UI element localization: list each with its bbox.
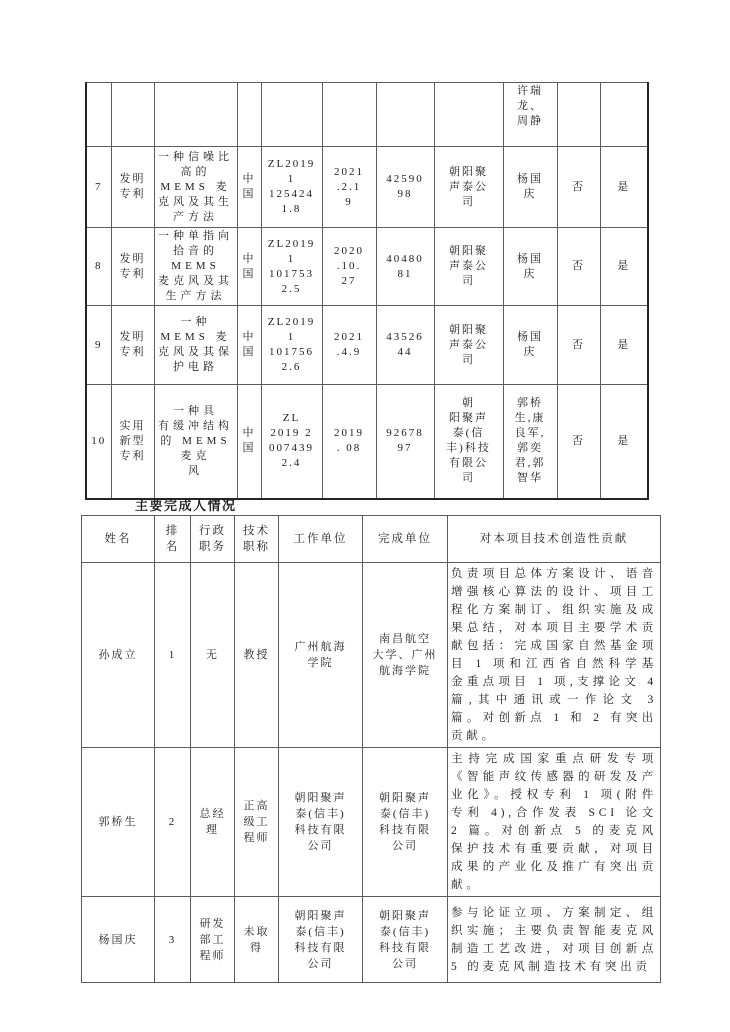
patent-table: 许瑞 龙、 周静 7 发明 专利 一种信噪比 高的 MEMS 麦 克风及其生 产… (85, 82, 649, 500)
contributor-row: 郭桥生 2 总经 理 正高 级工 程师 朝阳聚声 泰(信丰) 科技有限 公司 朝… (82, 748, 661, 897)
cert-no-cell: 43526 44 (376, 306, 434, 385)
admin-post-cell: 无 (191, 563, 235, 748)
patent-no-cell: ZL 2019 2 007439 2.4 (261, 385, 322, 499)
completion-unit-cell: 朝阳聚声 泰(信丰) 科技有限 公司 (363, 897, 448, 983)
owner-cell: 朝阳聚 声泰公 司 (434, 147, 503, 228)
seq-cell: 10 (86, 385, 111, 499)
seq-cell: 7 (86, 147, 111, 228)
patent-row: 9 发明 专利 一种 MEMS 麦 克风及其保 护电路 中 国 ZL2019 1… (86, 306, 648, 385)
country-cell (237, 83, 261, 147)
inventors-cell: 许瑞 龙、 周静 (503, 83, 557, 147)
contributors-table: 姓名 排 名 行政 职务 技术 职称 工作单位 完成单位 对本项目技术创造性贡献… (81, 515, 661, 983)
tech-title-cell: 正高 级工 程师 (235, 748, 279, 897)
flag-cell: 否 (557, 147, 600, 228)
admin-post-cell: 总经 理 (191, 748, 235, 897)
header-completion-unit: 完成单位 (363, 516, 448, 563)
flag-cell: 是 (600, 385, 648, 499)
country-cell: 中 国 (237, 228, 261, 306)
patent-type-cell: 实用 新型 专利 (111, 385, 154, 499)
seq-cell: 9 (86, 306, 111, 385)
contributor-row: 杨国庆 3 研发 部工 程师 未取 得 朝阳聚声 泰(信丰) 科技有限 公司 朝… (82, 897, 661, 983)
tech-title-cell: 未取 得 (235, 897, 279, 983)
patent-type-cell: 发明 专利 (111, 306, 154, 385)
patent-type-cell (111, 83, 154, 147)
rank-cell: 2 (155, 748, 191, 897)
inventors-cell: 郭桥 生,康 良军, 郭奕 君,郭 智华 (503, 385, 557, 499)
grant-date-cell: 2019 . 08 (322, 385, 376, 499)
header-contribution: 对本项目技术创造性贡献 (448, 516, 661, 563)
flag-cell: 否 (557, 385, 600, 499)
flag-cell: 是 (600, 228, 648, 306)
owner-cell: 朝 阳聚声 泰(信 丰)科技 有限公 司 (434, 385, 503, 499)
contributor-row: 孙成立 1 无 教授 广州航海 学院 南昌航空 大学、广州 航海学院 负责项目总… (82, 563, 661, 748)
flag-cell (600, 83, 648, 147)
work-unit-cell: 朝阳聚声 泰(信丰) 科技有限 公司 (279, 897, 363, 983)
patent-row: 10 实用 新型 专利 一种具 有缓冲结构 的 MEMS 麦克 风 中 国 ZL… (86, 385, 648, 499)
contributor-name-cell: 孙成立 (82, 563, 155, 748)
flag-cell: 否 (557, 306, 600, 385)
patent-row: 8 发明 专利 一种单指向 拾音的 MEMS 麦克风及其 生产方法 中 国 ZL… (86, 228, 648, 306)
inventors-cell: 杨国 庆 (503, 147, 557, 228)
patent-name-cell: 一种单指向 拾音的 MEMS 麦克风及其 生产方法 (154, 228, 237, 306)
section-title-main-contributors: 主要完成人情况 (135, 495, 237, 514)
rank-cell: 3 (155, 897, 191, 983)
contributor-name-cell: 杨国庆 (82, 897, 155, 983)
contribution-cell: 负责项目总体方案设计、语音增强核心算法的设计、项目工程化方案制订、组织实施及成果… (448, 563, 661, 748)
patent-type-cell: 发明 专利 (111, 228, 154, 306)
tech-title-cell: 教授 (235, 563, 279, 748)
country-cell: 中 国 (237, 306, 261, 385)
flag-cell: 否 (557, 228, 600, 306)
work-unit-cell: 广州航海 学院 (279, 563, 363, 748)
seq-cell (86, 83, 111, 147)
patent-type-cell: 发明 专利 (111, 147, 154, 228)
flag-cell: 是 (600, 147, 648, 228)
work-unit-cell: 朝阳聚声 泰(信丰) 科技有限 公司 (279, 748, 363, 897)
patent-no-cell: ZL2019 1 125424 1.8 (261, 147, 322, 228)
inventors-cell: 杨国 庆 (503, 306, 557, 385)
patent-name-cell: 一种具 有缓冲结构 的 MEMS 麦克 风 (154, 385, 237, 499)
grant-date-cell (322, 83, 376, 147)
owner-cell: 朝阳聚 声泰公 司 (434, 228, 503, 306)
owner-cell (434, 83, 503, 147)
inventors-cell: 杨国 庆 (503, 228, 557, 306)
contribution-cell: 主持完成国家重点研发专项《智能声纹传感器的研发及产业化》。授权专利 1 项(附件… (448, 748, 661, 897)
cert-no-cell (376, 83, 434, 147)
grant-date-cell: 2021 .2.1 9 (322, 147, 376, 228)
document-page: 许瑞 龙、 周静 7 发明 专利 一种信噪比 高的 MEMS 麦 克风及其生 产… (0, 0, 730, 1032)
header-name: 姓名 (82, 516, 155, 563)
contributor-name-cell: 郭桥生 (82, 748, 155, 897)
seq-cell: 8 (86, 228, 111, 306)
patent-partial-row: 许瑞 龙、 周静 (86, 83, 648, 147)
cert-no-cell: 40480 81 (376, 228, 434, 306)
owner-cell: 朝阳聚 声泰公 司 (434, 306, 503, 385)
patent-no-cell: ZL2019 1 101753 2.5 (261, 228, 322, 306)
contributors-header-row: 姓名 排 名 行政 职务 技术 职称 工作单位 完成单位 对本项目技术创造性贡献 (82, 516, 661, 563)
patent-name-cell: 一种信噪比 高的 MEMS 麦 克风及其生 产方法 (154, 147, 237, 228)
grant-date-cell: 2020 .10. 27 (322, 228, 376, 306)
patent-no-cell: ZL2019 1 101756 2.6 (261, 306, 322, 385)
patent-name-cell (154, 83, 237, 147)
rank-cell: 1 (155, 563, 191, 748)
header-tech-title: 技术 职称 (235, 516, 279, 563)
patent-name-cell: 一种 MEMS 麦 克风及其保 护电路 (154, 306, 237, 385)
patent-no-cell (261, 83, 322, 147)
grant-date-cell: 2021 .4.9 (322, 306, 376, 385)
admin-post-cell: 研发 部工 程师 (191, 897, 235, 983)
flag-cell (557, 83, 600, 147)
header-rank: 排 名 (155, 516, 191, 563)
header-work-unit: 工作单位 (279, 516, 363, 563)
patent-row: 7 发明 专利 一种信噪比 高的 MEMS 麦 克风及其生 产方法 中 国 ZL… (86, 147, 648, 228)
country-cell: 中 国 (237, 385, 261, 499)
completion-unit-cell: 朝阳聚声 泰(信丰) 科技有限 公司 (363, 748, 448, 897)
contribution-cell: 参与论证立项、方案制定、组织实施；主要负责智能麦克风制造工艺改进，对项目创新点 … (448, 897, 661, 983)
cert-no-cell: 92678 97 (376, 385, 434, 499)
flag-cell: 是 (600, 306, 648, 385)
header-admin-post: 行政 职务 (191, 516, 235, 563)
country-cell: 中 国 (237, 147, 261, 228)
completion-unit-cell: 南昌航空 大学、广州 航海学院 (363, 563, 448, 748)
cert-no-cell: 42590 98 (376, 147, 434, 228)
